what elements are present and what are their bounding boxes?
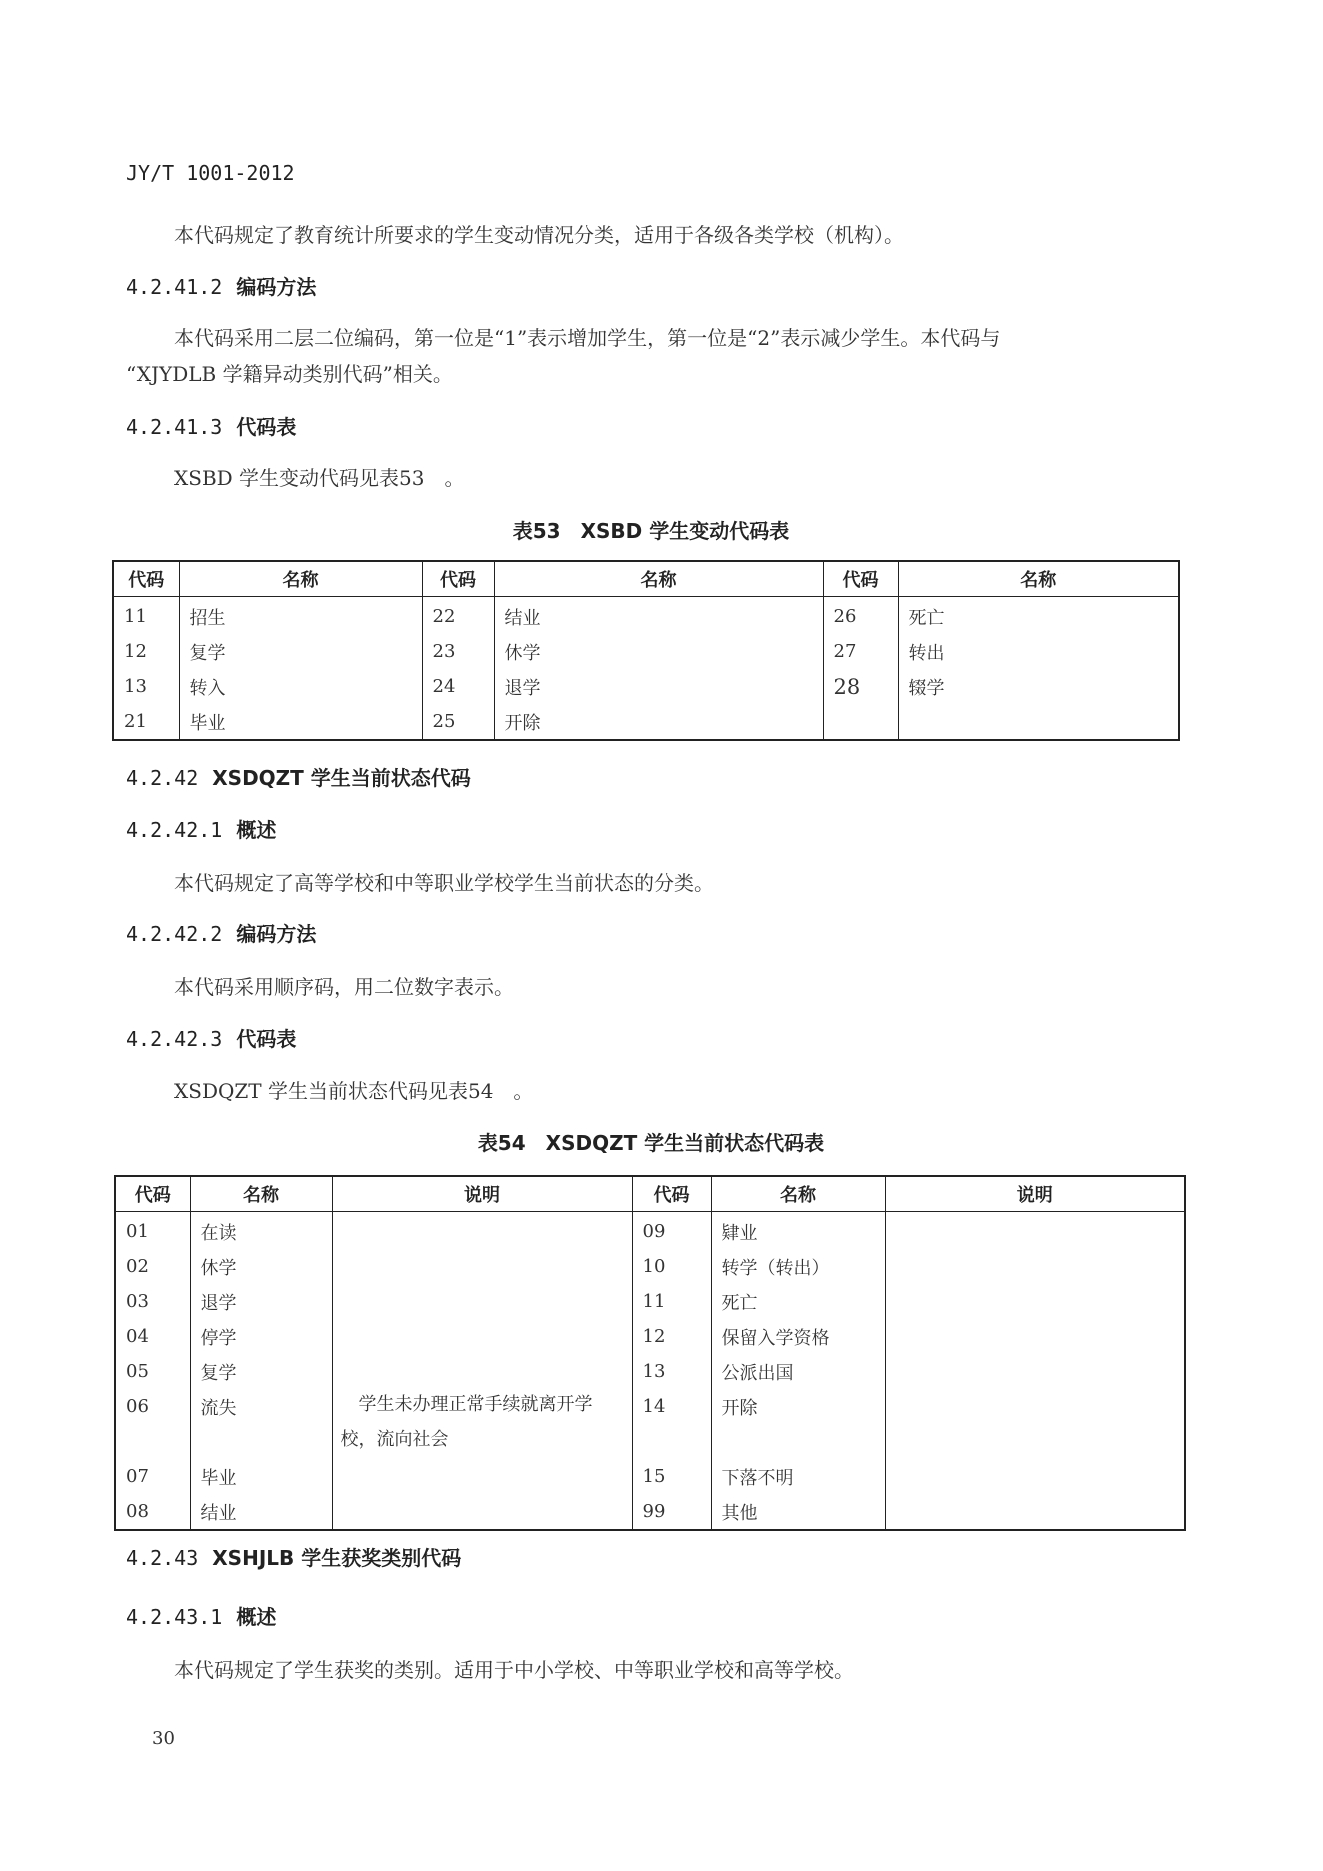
name-cell: 结业	[190, 1494, 332, 1530]
code-cell: 05	[115, 1354, 190, 1389]
code-cell: 07	[115, 1459, 190, 1494]
name-cell: 退学	[190, 1284, 332, 1319]
name-cell: 复学	[190, 1354, 332, 1389]
code-cell: 11	[632, 1284, 711, 1319]
name-cell: 死亡	[711, 1284, 885, 1319]
name-cell: 转学（转出）	[711, 1249, 885, 1284]
col-header: 代码	[113, 561, 179, 597]
code-cell	[115, 1424, 190, 1459]
heading-4-2-43-1: 4.2.43.1概述	[126, 1601, 276, 1630]
col-header: 名称	[494, 561, 823, 597]
code-cell: 26	[823, 597, 898, 635]
code-cell: 02	[115, 1249, 190, 1284]
heading-4-2-43: 4.2.43XSHJLB 学生获奖类别代码	[126, 1542, 461, 1571]
name-cell: 辍学	[898, 669, 1179, 704]
code-cell: 27	[823, 634, 898, 669]
table53-caption: 表53 XSBD 学生变动代码表	[0, 515, 1302, 544]
heading-4-2-42-2: 4.2.42.2编码方法	[126, 918, 316, 947]
code-cell: 09	[632, 1212, 711, 1250]
code-cell: 14	[632, 1389, 711, 1424]
table53: 代码 名称 代码 名称 代码 名称 11 招生 22 结业 26 死亡 12 复…	[112, 560, 1180, 741]
table-row: 13 转入 24 退学 28 辍学	[113, 669, 1179, 704]
code-cell: 15	[632, 1459, 711, 1494]
heading-number: 4.2.42.3	[126, 1027, 222, 1051]
heading-4-2-42-3: 4.2.42.3代码表	[126, 1023, 296, 1052]
code-cell: 10	[632, 1249, 711, 1284]
name-cell: 退学	[494, 669, 823, 704]
heading-title: XSHJLB 学生获奖类别代码	[212, 1546, 461, 1570]
heading-number: 4.2.43	[126, 1546, 198, 1570]
heading-title: 概述	[236, 1605, 276, 1629]
name-cell	[898, 704, 1179, 740]
name-cell: 保留入学资格	[711, 1319, 885, 1354]
heading-title: 编码方法	[236, 922, 316, 946]
name-cell: 转入	[179, 669, 422, 704]
heading-title: 代码表	[236, 415, 296, 439]
name-cell	[711, 1424, 885, 1459]
col-header: 名称	[179, 561, 422, 597]
name-cell: 休学	[494, 634, 823, 669]
code-cell	[632, 1424, 711, 1459]
col-header: 代码	[632, 1176, 711, 1212]
name-cell: 毕业	[190, 1459, 332, 1494]
heading-number: 4.2.41.3	[126, 415, 222, 439]
code-cell: 12	[113, 634, 179, 669]
name-cell: 开除	[494, 704, 823, 740]
heading-4-2-42: 4.2.42XSDQZT 学生当前状态代码	[126, 762, 471, 791]
col-header: 名称	[898, 561, 1179, 597]
heading-title: XSDQZT 学生当前状态代码	[212, 766, 471, 790]
col-header: 说明	[885, 1176, 1185, 1212]
code-cell: 08	[115, 1494, 190, 1530]
heading-4-2-41-2: 4.2.41.2编码方法	[126, 271, 316, 300]
code-cell: 99	[632, 1494, 711, 1530]
name-cell: 停学	[190, 1319, 332, 1354]
name-cell: 死亡	[898, 597, 1179, 635]
s42-3-text: XSDQZT 学生当前状态代码见表54 。	[174, 1075, 533, 1104]
table-header-row: 代码 名称 说明 代码 名称 说明	[115, 1176, 1185, 1212]
name-cell	[190, 1424, 332, 1459]
code-cell: 28	[823, 669, 898, 704]
name-cell: 转出	[898, 634, 1179, 669]
name-cell: 流失	[190, 1389, 332, 1424]
code-cell	[823, 704, 898, 740]
col-header: 代码	[422, 561, 494, 597]
code-cell: 13	[113, 669, 179, 704]
name-cell: 肄业	[711, 1212, 885, 1250]
s42-2-text: 本代码采用顺序码，用二位数字表示。	[174, 971, 514, 1000]
code-cell: 03	[115, 1284, 190, 1319]
code-cell: 13	[632, 1354, 711, 1389]
heading-number: 4.2.41.2	[126, 275, 222, 299]
col-header: 名称	[711, 1176, 885, 1212]
code-cell: 11	[113, 597, 179, 635]
col-header: 代码	[823, 561, 898, 597]
name-cell: 其他	[711, 1494, 885, 1530]
s41-2-text-line2: “XJYDLB 学籍异动类别代码”相关。	[126, 358, 453, 387]
heading-number: 4.2.42.1	[126, 818, 222, 842]
heading-title: 编码方法	[236, 275, 316, 299]
description-cell	[885, 1212, 1185, 1531]
code-cell: 21	[113, 704, 179, 740]
code-cell: 23	[422, 634, 494, 669]
code-cell: 12	[632, 1319, 711, 1354]
name-cell: 公派出国	[711, 1354, 885, 1389]
code-cell: 04	[115, 1319, 190, 1354]
heading-number: 4.2.42	[126, 766, 198, 790]
col-header: 说明	[332, 1176, 632, 1212]
s42-1-text: 本代码规定了高等学校和中等职业学校学生当前状态的分类。	[174, 867, 714, 896]
table-header-row: 代码 名称 代码 名称 代码 名称	[113, 561, 1179, 597]
table-row: 21 毕业 25 开除	[113, 704, 1179, 740]
heading-title: 概述	[236, 818, 276, 842]
col-header: 代码	[115, 1176, 190, 1212]
description-text: 学生未办理正常手续就离开学校，流向社会	[341, 1387, 624, 1457]
code-cell: 01	[115, 1212, 190, 1250]
table-row: 12 复学 23 休学 27 转出	[113, 634, 1179, 669]
standard-id-header: JY/T 1001-2012	[126, 161, 295, 185]
s43-1-text: 本代码规定了学生获奖的类别。适用于中小学校、中等职业学校和高等学校。	[174, 1654, 854, 1683]
heading-4-2-42-1: 4.2.42.1概述	[126, 814, 276, 843]
heading-number: 4.2.42.2	[126, 922, 222, 946]
description-cell: 学生未办理正常手续就离开学校，流向社会	[332, 1212, 632, 1531]
code-cell: 25	[422, 704, 494, 740]
table-row: 01 在读 学生未办理正常手续就离开学校，流向社会 09 肄业	[115, 1212, 1185, 1250]
name-cell: 在读	[190, 1212, 332, 1250]
s41-2-text-line1: 本代码采用二层二位编码，第一位是“1”表示增加学生，第一位是“2”表示减少学生。…	[174, 322, 1000, 351]
table54: 代码 名称 说明 代码 名称 说明 01 在读 学生未办理正常手续就离开学校，流…	[114, 1175, 1186, 1531]
name-cell: 休学	[190, 1249, 332, 1284]
table-row: 11 招生 22 结业 26 死亡	[113, 597, 1179, 635]
name-cell: 毕业	[179, 704, 422, 740]
col-header: 名称	[190, 1176, 332, 1212]
code-cell: 22	[422, 597, 494, 635]
s41-3-text: XSBD 学生变动代码见表53 。	[174, 462, 464, 491]
s41-intro-text: 本代码规定了教育统计所要求的学生变动情况分类，适用于各级各类学校（机构）。	[174, 219, 904, 248]
table54-caption: 表54 XSDQZT 学生当前状态代码表	[0, 1127, 1302, 1156]
heading-4-2-41-3: 4.2.41.3代码表	[126, 411, 296, 440]
page-number: 30	[152, 1728, 175, 1749]
code-cell: 06	[115, 1389, 190, 1424]
name-cell: 开除	[711, 1389, 885, 1424]
name-cell: 下落不明	[711, 1459, 885, 1494]
heading-number: 4.2.43.1	[126, 1605, 222, 1629]
name-cell: 招生	[179, 597, 422, 635]
heading-title: 代码表	[236, 1027, 296, 1051]
name-cell: 复学	[179, 634, 422, 669]
name-cell: 结业	[494, 597, 823, 635]
code-cell: 24	[422, 669, 494, 704]
